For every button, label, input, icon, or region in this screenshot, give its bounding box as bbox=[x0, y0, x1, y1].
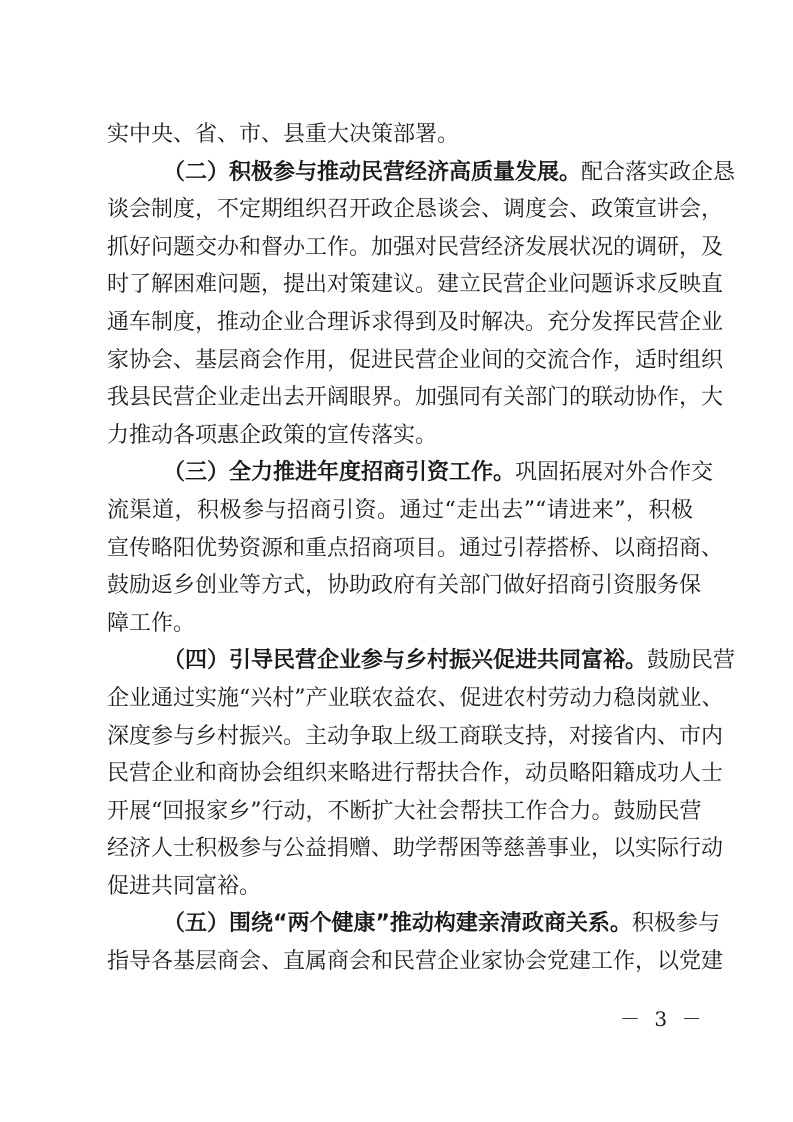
text-line: 实中央、省、市、县重大决策部署。 bbox=[107, 116, 693, 154]
section-heading: （二）积极参与推动民营经济高质量发展。 bbox=[163, 160, 581, 185]
text-line: 抓好问题交办和督办工作。加强对民营经济发展状况的调研，及 bbox=[107, 229, 693, 267]
section-heading: （三）全力推进年度招商引资工作。 bbox=[163, 460, 515, 485]
text-line: 企业通过实施“兴村”产业联农益农、促进农村劳动力稳岗就业、 bbox=[107, 680, 693, 718]
text-line: 通车制度，推动企业合理诉求得到及时解决。充分发挥民营企业 bbox=[107, 304, 693, 342]
section-heading-line: （三）全力推进年度招商引资工作。巩固拓展对外合作交 bbox=[107, 454, 693, 492]
text-line: 我县民营企业走出去开阔眼界。加强同有关部门的联动协作，大 bbox=[107, 379, 693, 417]
text-line: 促进共同富裕。 bbox=[107, 868, 693, 906]
text-line: 家协会、基层商会作用，促进民营企业间的交流合作，适时组织 bbox=[107, 342, 693, 380]
text-line: 谈会制度，不定期组织召开政企恳谈会、调度会、政策宣讲会， bbox=[107, 191, 693, 229]
text-line: 民营企业和商协会组织来略进行帮扶合作，动员略阳籍成功人士 bbox=[107, 755, 693, 793]
section-heading-line: （四）引导民营企业参与乡村振兴促进共同富裕。鼓励民营 bbox=[107, 642, 693, 680]
text-line: 宣传略阳优势资源和重点招商项目。通过引荐搭桥、以商招商、 bbox=[107, 530, 693, 568]
body-text: 实中央、省、市、县重大决策部署。 （二）积极参与推动民营经济高质量发展。配合落实… bbox=[107, 116, 693, 981]
page-number: － 3 － bbox=[620, 1003, 705, 1032]
text-line: 鼓励返乡创业等方式，协助政府有关部门做好招商引资服务保 bbox=[107, 567, 693, 605]
text-line: 开展“回报家乡”行动，不断扩大社会帮扶工作合力。鼓励民营 bbox=[107, 793, 693, 831]
section-heading: （五）围绕“两个健康”推动构建亲清政商关系。 bbox=[163, 911, 632, 936]
section-heading-line: （二）积极参与推动民营经济高质量发展。配合落实政企恳 bbox=[107, 154, 693, 192]
text-line: 时了解困难问题，提出对策建议。建立民营企业问题诉求反映直 bbox=[107, 266, 693, 304]
text-line: 指导各基层商会、直属商会和民营企业家协会党建工作，以党建 bbox=[107, 943, 693, 981]
text-line: 障工作。 bbox=[107, 605, 693, 643]
section-heading: （四）引导民营企业参与乡村振兴促进共同富裕。 bbox=[163, 648, 647, 673]
text-line: 经济人士积极参与公益捐赠、助学帮困等慈善事业，以实际行动 bbox=[107, 830, 693, 868]
text-line: 流渠道，积极参与招商引资。通过“走出去”“请进来”，积极 bbox=[107, 492, 693, 530]
section-heading-line: （五）围绕“两个健康”推动构建亲清政商关系。积极参与 bbox=[107, 905, 693, 943]
document-page: 实中央、省、市、县重大决策部署。 （二）积极参与推动民营经济高质量发展。配合落实… bbox=[0, 0, 793, 1122]
text-line: 深度参与乡村振兴。主动争取上级工商联支持，对接省内、市内 bbox=[107, 718, 693, 756]
text-line: 力推动各项惠企政策的宣传落实。 bbox=[107, 417, 693, 455]
